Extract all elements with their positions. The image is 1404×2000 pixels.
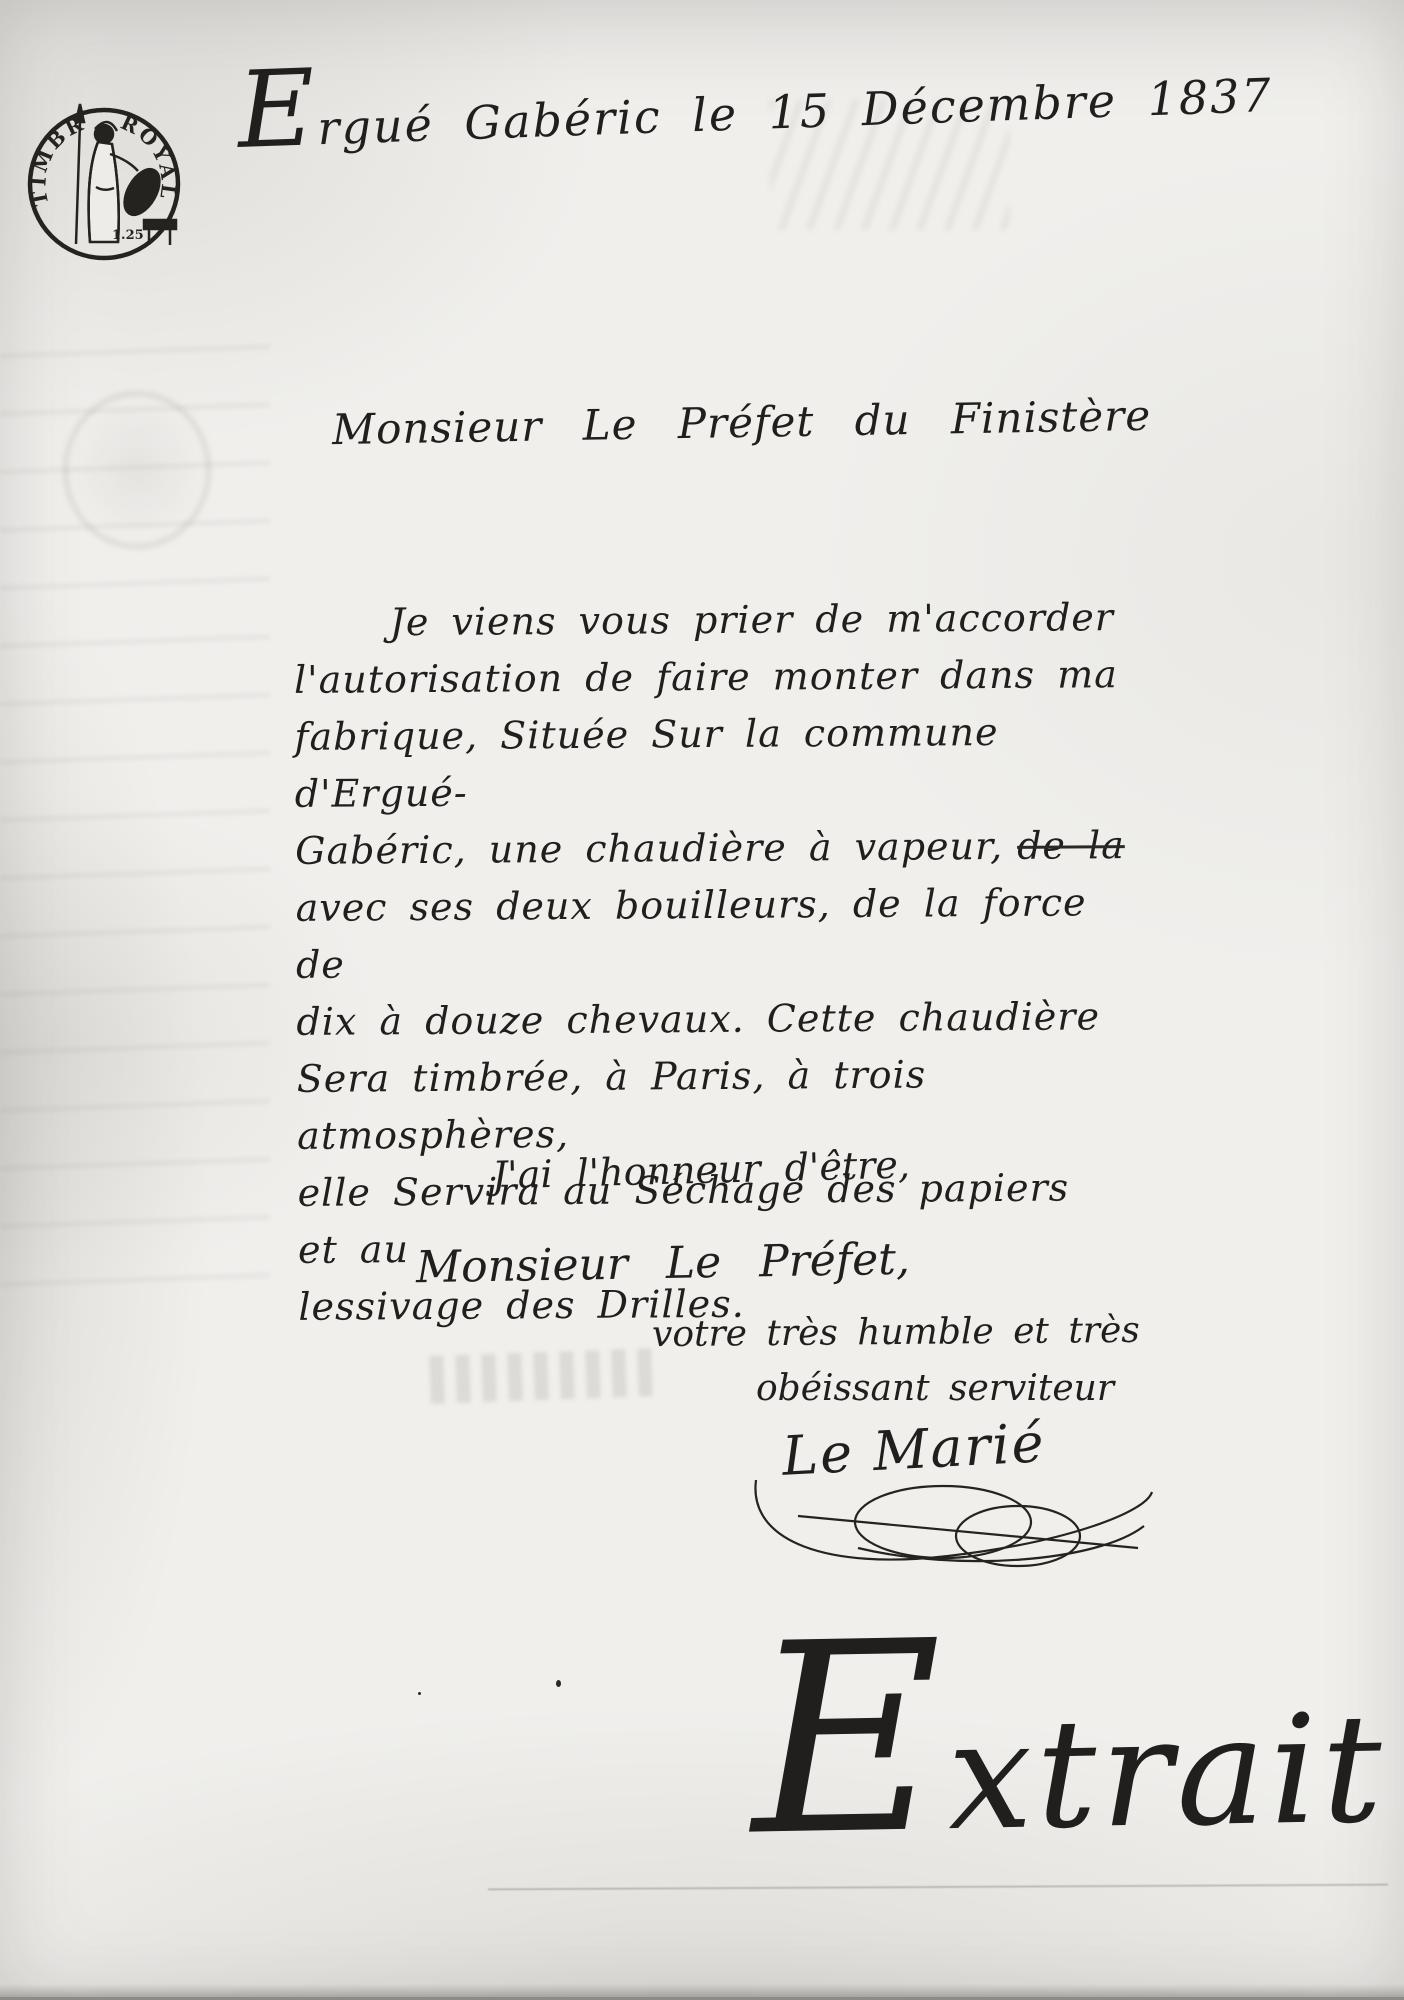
body-line: Gabéric, une chaudière à vapeur,de la [295, 817, 1125, 880]
extrait-heading: Extrait [751, 1682, 1388, 1867]
struck-text: de la [1017, 823, 1125, 868]
stamp-value: 1.25 [112, 228, 144, 243]
body-line: l'autorisation de faire monter dans ma [294, 646, 1124, 709]
dateline: Ergué Gabéric le 15 Décembre 1837 [237, 68, 1273, 158]
scanned-letter-page: TIMBRE ROYAL 1.25 Ergué Gabéric le 15 Dé… [0, 0, 1404, 2000]
ink-speck [418, 1692, 421, 1695]
ink-speck [556, 1680, 561, 1687]
timbre-royal-stamp: TIMBRE ROYAL 1.25 [16, 92, 194, 270]
salutation: Monsieur Le Préfet du Finistère [332, 391, 1152, 454]
bleed-through-seal [64, 392, 210, 548]
closing-humble: votre très humble et très [652, 1310, 1140, 1355]
body-line-text: Gabéric, une chaudière à vapeur, [295, 824, 1003, 873]
body-line: fabrique, Située Sur la commune d'Ergué- [294, 703, 1125, 823]
closing-obeissant: obéissant serviteur [756, 1368, 1114, 1409]
bleed-through-mark [429, 1348, 661, 1404]
body-line: avec ses deux bouilleurs, de la force de [295, 874, 1126, 994]
signature-flourish [738, 1452, 1158, 1592]
bleed-through-mark [0, 300, 270, 1300]
body-paragraph: Je viens vous prier de m'accorder l'auto… [293, 589, 1128, 1336]
body-line: dix à douze chevaux. Cette chaudière [296, 988, 1126, 1051]
closing-monsieur: Monsieur Le Préfet, [416, 1234, 911, 1294]
body-line: Je viens vous prier de m'accorder [293, 589, 1123, 652]
